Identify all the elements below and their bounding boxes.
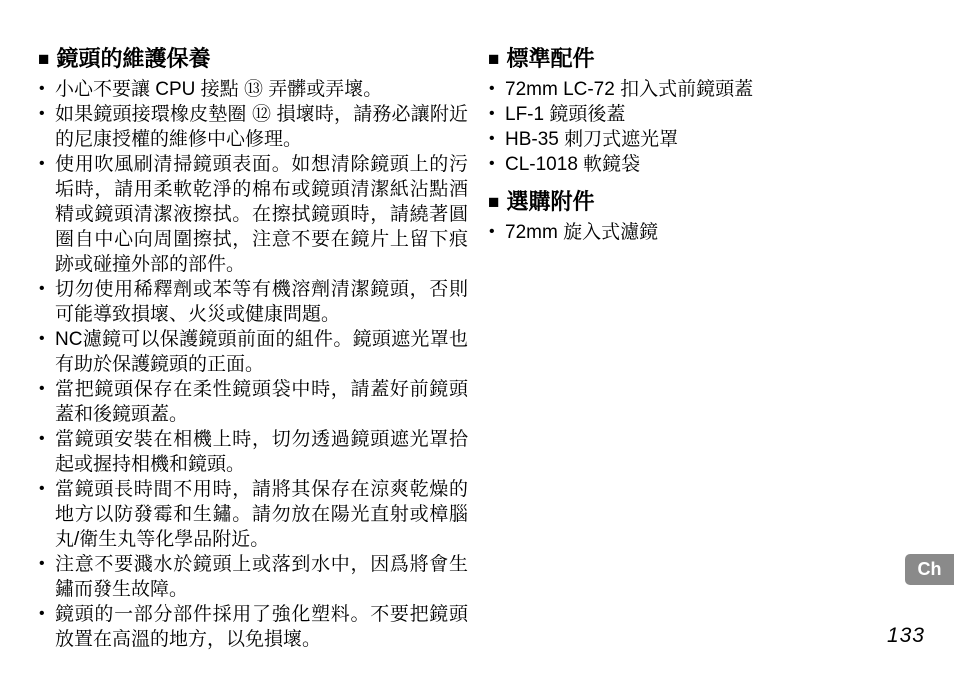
bullet-icon: • [489,151,495,176]
bullet-text: LF-1 鏡頭後蓋 [505,104,625,125]
list-item: •使用吹風刷清掃鏡頭表面。如想清除鏡頭上的污垢時，請用柔軟乾淨的棉布或鏡頭清潔紙… [38,152,468,277]
bullet-list: •72mm 旋入式濾鏡 [488,220,918,245]
bullet-icon: • [39,276,45,301]
section-marker-icon: ■ [38,49,49,70]
bullet-icon: • [489,126,495,151]
bullet-text: 注意不要濺水於鏡頭上或落到水中，因爲將會生鏽而發生故障。 [55,554,468,600]
bullet-text: 如果鏡頭接環橡皮墊圈 ⑫ 損壞時，請務必讓附近的尼康授權的維修中心修理。 [55,104,468,150]
bullet-icon: • [39,601,45,626]
bullet-text: 鏡頭的一部分部件採用了強化塑料。不要把鏡頭放置在高溫的地方，以免損壞。 [55,604,468,650]
list-item: •HB-35 刺刀式遮光罩 [488,127,918,152]
section-marker-icon: ■ [488,49,499,70]
section-heading-text: 鏡頭的維護保養 [56,46,210,71]
page-number: 133 [887,624,925,648]
list-item: •鏡頭的一部分部件採用了強化塑料。不要把鏡頭放置在高溫的地方，以免損壞。 [38,602,468,652]
language-tab-ch: Ch [905,554,954,585]
right-column: ■標準配件 •72mm LC-72 扣入式前鏡頭蓋 •LF-1 鏡頭後蓋 •HB… [488,46,918,245]
bullet-icon: • [39,551,45,576]
bullet-text: 小心不要讓 CPU 接點 ⑬ 弄髒或弄壞。 [55,79,382,100]
bullet-icon: • [489,76,495,101]
section-marker-icon: ■ [488,192,499,213]
bullet-text: HB-35 刺刀式遮光罩 [505,129,678,150]
list-item: •切勿使用稀釋劑或苯等有機溶劑清潔鏡頭，否則可能導致損壞、火災或健康問題。 [38,277,468,327]
section-heading: ■標準配件 [488,46,918,74]
bullet-list: •小心不要讓 CPU 接點 ⑬ 弄髒或弄壞。 •如果鏡頭接環橡皮墊圈 ⑫ 損壞時… [38,77,468,652]
bullet-text: CL-1018 軟鏡袋 [505,154,640,175]
section-heading: ■選購附件 [488,189,918,217]
list-item: •CL-1018 軟鏡袋 [488,152,918,177]
list-item: •當鏡頭安裝在相機上時，切勿透過鏡頭遮光罩拾起或握持相機和鏡頭。 [38,427,468,477]
bullet-icon: • [39,476,45,501]
left-column: ■鏡頭的維護保養 •小心不要讓 CPU 接點 ⑬ 弄髒或弄壞。 •如果鏡頭接環橡… [38,46,468,652]
section-optional-accessories: ■選購附件 •72mm 旋入式濾鏡 [488,189,918,245]
bullet-text: 當把鏡頭保存在柔性鏡頭袋中時，請蓋好前鏡頭蓋和後鏡頭蓋。 [55,379,468,425]
list-item: •NC濾鏡可以保護鏡頭前面的組件。鏡頭遮光罩也有助於保護鏡頭的正面。 [38,327,468,377]
manual-page: ■鏡頭的維護保養 •小心不要讓 CPU 接點 ⑬ 弄髒或弄壞。 •如果鏡頭接環橡… [0,0,954,677]
bullet-text: 72mm 旋入式濾鏡 [505,222,658,243]
bullet-text: 使用吹風刷清掃鏡頭表面。如想清除鏡頭上的污垢時，請用柔軟乾淨的棉布或鏡頭清潔紙沾… [55,154,468,275]
section-heading-text: 標準配件 [506,46,594,71]
bullet-icon: • [39,376,45,401]
bullet-text: 當鏡頭安裝在相機上時，切勿透過鏡頭遮光罩拾起或握持相機和鏡頭。 [55,429,468,475]
bullet-icon: • [39,151,45,176]
list-item: •當鏡頭長時間不用時，請將其保存在涼爽乾燥的地方以防發霉和生鏽。請勿放在陽光直射… [38,477,468,552]
bullet-icon: • [39,426,45,451]
section-standard-accessories: ■標準配件 •72mm LC-72 扣入式前鏡頭蓋 •LF-1 鏡頭後蓋 •HB… [488,46,918,177]
list-item: •當把鏡頭保存在柔性鏡頭袋中時，請蓋好前鏡頭蓋和後鏡頭蓋。 [38,377,468,427]
bullet-icon: • [489,101,495,126]
section-heading: ■鏡頭的維護保養 [38,46,468,74]
list-item: •注意不要濺水於鏡頭上或落到水中，因爲將會生鏽而發生故障。 [38,552,468,602]
bullet-text: NC濾鏡可以保護鏡頭前面的組件。鏡頭遮光罩也有助於保護鏡頭的正面。 [55,329,468,375]
section-heading-text: 選購附件 [506,189,594,214]
list-item: •小心不要讓 CPU 接點 ⑬ 弄髒或弄壞。 [38,77,468,102]
list-item: •LF-1 鏡頭後蓋 [488,102,918,127]
bullet-icon: • [489,219,495,244]
bullet-icon: • [39,76,45,101]
list-item: •72mm 旋入式濾鏡 [488,220,918,245]
bullet-text: 切勿使用稀釋劑或苯等有機溶劑清潔鏡頭，否則可能導致損壞、火災或健康問題。 [55,279,468,325]
list-item: •如果鏡頭接環橡皮墊圈 ⑫ 損壞時，請務必讓附近的尼康授權的維修中心修理。 [38,102,468,152]
bullet-icon: • [39,101,45,126]
section-lens-care: ■鏡頭的維護保養 •小心不要讓 CPU 接點 ⑬ 弄髒或弄壞。 •如果鏡頭接環橡… [38,46,468,652]
bullet-text: 72mm LC-72 扣入式前鏡頭蓋 [505,79,753,100]
list-item: •72mm LC-72 扣入式前鏡頭蓋 [488,77,918,102]
bullet-text: 當鏡頭長時間不用時，請將其保存在涼爽乾燥的地方以防發霉和生鏽。請勿放在陽光直射或… [55,479,468,550]
bullet-list: •72mm LC-72 扣入式前鏡頭蓋 •LF-1 鏡頭後蓋 •HB-35 刺刀… [488,77,918,177]
bullet-icon: • [39,326,45,351]
